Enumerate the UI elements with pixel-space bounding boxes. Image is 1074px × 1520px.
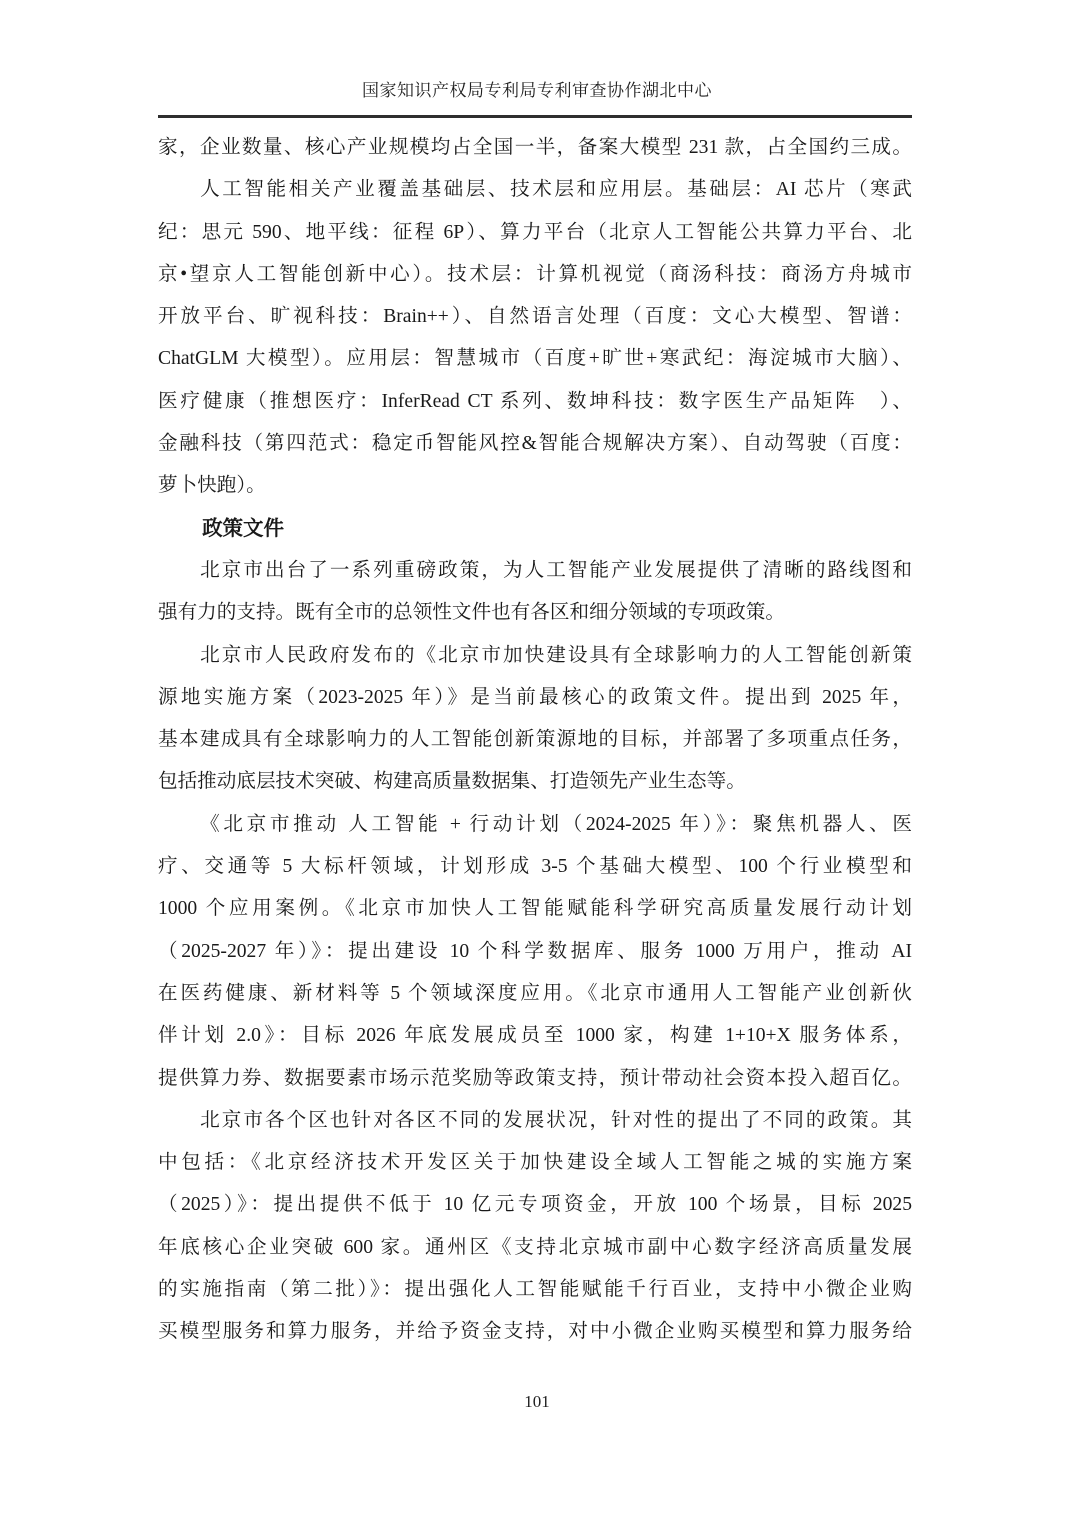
text-line: 1000 个应用案例。《北京市加快人工智能赋能科学研究高质量发展行动计划	[158, 888, 912, 930]
text-line: 政策文件	[158, 508, 912, 550]
header-rule	[158, 115, 912, 118]
text-line: 疗、交通等 5 大标杆领域，计划形成 3-5 个基础大模型、100 个行业模型和	[158, 846, 912, 888]
text-line: 在医药健康、新材料等 5 个领域深度应用。《北京市通用人工智能产业创新伙	[158, 973, 912, 1015]
text-line: 《北京市推动 人工智能 + 行动计划（2024-2025 年）》：聚焦机器人、医	[158, 804, 912, 846]
text-line: 萝卜快跑）。	[158, 465, 912, 507]
document-body: 家，企业数量、核心产业规模均占全国一半，备案大模型 231 款，占全国约三成。人…	[158, 127, 912, 1354]
text-line: 北京市出台了一系列重磅政策，为人工智能产业发展提供了清晰的路线图和	[158, 550, 912, 592]
text-line: 人工智能相关产业覆盖基础层、技术层和应用层。基础层：AI 芯片（寒武	[158, 169, 912, 211]
text-line: 开放平台、旷视科技：Brain++）、自然语言处理（百度：文心大模型、智谱：	[158, 296, 912, 338]
document-page: 国家知识产权局专利局专利审查协作湖北中心 家，企业数量、核心产业规模均占全国一半…	[0, 0, 1074, 1520]
page-number: 101	[0, 1392, 1074, 1412]
text-line: （2025）》：提出提供不低于 10 亿元专项资金，开放 100 个场景，目标 …	[158, 1184, 912, 1226]
text-line: 源地实施方案（2023-2025 年）》是当前最核心的政策文件。提出到 2025…	[158, 677, 912, 719]
text-line: 的实施指南（第二批）》：提出强化人工智能赋能千行百业，支持中小微企业购	[158, 1269, 912, 1311]
page-header-title: 国家知识产权局专利局专利审查协作湖北中心	[0, 76, 1074, 101]
text-line: 强有力的支持。既有全市的总领性文件也有各区和细分领域的专项政策。	[158, 592, 912, 634]
text-line: 基本建成具有全球影响力的人工智能创新策源地的目标，并部署了多项重点任务，	[158, 719, 912, 761]
text-line: 家，企业数量、核心产业规模均占全国一半，备案大模型 231 款，占全国约三成。	[158, 127, 912, 169]
text-line: ChatGLM 大模型）。应用层：智慧城市（百度+旷世+寒武纪：海淀城市大脑）、	[158, 338, 912, 380]
text-line: 京•望京人工智能创新中心）。技术层：计算机视觉（商汤科技：商汤方舟城市	[158, 254, 912, 296]
text-line: 北京市各个区也针对各区不同的发展状况，针对性的提出了不同的政策。其	[158, 1100, 912, 1142]
text-line: 伴计划 2.0》：目标 2026 年底发展成员至 1000 家，构建 1+10+…	[158, 1015, 912, 1057]
text-line: 包括推动底层技术突破、构建高质量数据集、打造领先产业生态等。	[158, 761, 912, 803]
text-line: （2025-2027 年）》：提出建设 10 个科学数据库、服务 1000 万用…	[158, 931, 912, 973]
text-line: 医疗健康（推想医疗：InferRead CT 系列、数坤科技：数字医生产品矩阵 …	[158, 381, 912, 423]
text-line: 纪：思元 590、地平线：征程 6P）、算力平台（北京人工智能公共算力平台、北	[158, 212, 912, 254]
text-line: 年底核心企业突破 600 家。通州区《支持北京城市副中心数字经济高质量发展	[158, 1227, 912, 1269]
text-line: 提供算力券、数据要素市场示范奖励等政策支持，预计带动社会资本投入超百亿。	[158, 1058, 912, 1100]
text-line: 金融科技（第四范式：稳定币智能风控&智能合规解决方案）、自动驾驶（百度：	[158, 423, 912, 465]
text-line: 中包括：《北京经济技术开发区关于加快建设全域人工智能之城的实施方案	[158, 1142, 912, 1184]
text-line: 买模型服务和算力服务，并给予资金支持，对中小微企业购买模型和算力服务给	[158, 1311, 912, 1353]
text-line: 北京市人民政府发布的《北京市加快建设具有全球影响力的人工智能创新策	[158, 635, 912, 677]
